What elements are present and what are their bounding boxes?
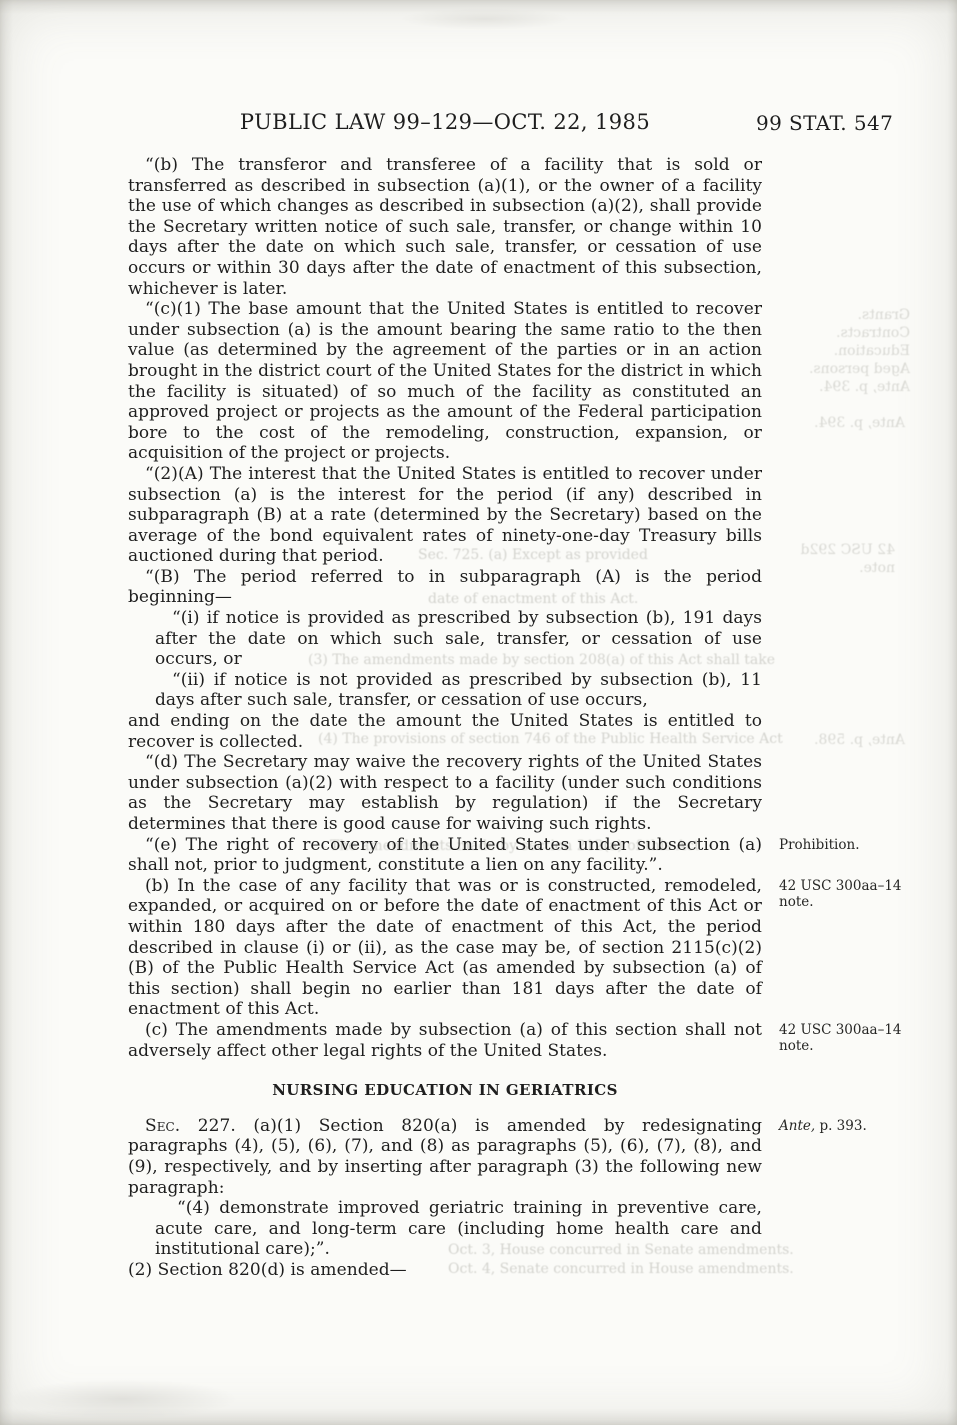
paragraph: “(ii) if notice is not provided as presc… [155,670,762,711]
section-heading: NURSING EDUCATION IN GERIATRICS [128,1080,762,1101]
scanned-statute-page: Grants. Contracts. Education. Aged perso… [0,0,957,1425]
paragraph: “(e) The right of recovery of the United… [128,835,762,876]
paragraph: Sec. 227. (a)(1) Section 820(a) is amend… [128,1116,762,1198]
paragraph: (b) In the case of any facility that was… [128,876,762,1020]
paragraph: and ending on the date the amount the Un… [128,711,762,752]
bleed-through-text: Ante, p. 598. [790,731,905,749]
margin-note: Prohibition. [779,837,921,854]
margin-note: Ante, p. 393. [779,1118,921,1135]
paragraph: “(b) The transferor and transferee of a … [128,155,762,299]
bleed-through-text: 42 USC 292d note. [780,541,895,577]
document-body: “(b) The transferor and transferee of a … [128,155,762,1280]
scan-edge-shadow-right [947,0,957,1425]
margin-note: 42 USC 300aa–14 note. [779,1022,921,1055]
margin-note: 42 USC 300aa–14 note. [779,878,921,911]
paragraph: “(2)(A) The interest that the United Sta… [128,464,762,567]
paragraph: “(c)(1) The base amount that the United … [128,299,762,464]
scan-edge-shadow-left [0,0,13,1425]
law-title-header: PUBLIC LAW 99–129—OCT. 22, 1985 [128,110,762,134]
paragraph: “(4) demonstrate improved geriatric trai… [155,1198,762,1260]
bleed-through-text: Grants. Contracts. Education. Aged perso… [795,306,910,396]
scan-smudge [8,1379,238,1419]
paragraph: “(d) The Secretary may waive the recover… [128,752,762,834]
scan-smudge [400,8,570,30]
bleed-through-text: Ante, p. 394. [795,414,905,432]
paragraph: (c) The amendments made by subsection (a… [128,1020,762,1061]
paragraph: “(B) The period referred to in subparagr… [128,567,762,608]
small-caps-lead: Sec. [145,1116,180,1136]
paragraph: “(i) if notice is provided as prescribed… [155,608,762,670]
paragraph: (2) Section 820(d) is amended— [128,1260,762,1281]
statute-page-number: 99 STAT. 547 [756,111,906,135]
